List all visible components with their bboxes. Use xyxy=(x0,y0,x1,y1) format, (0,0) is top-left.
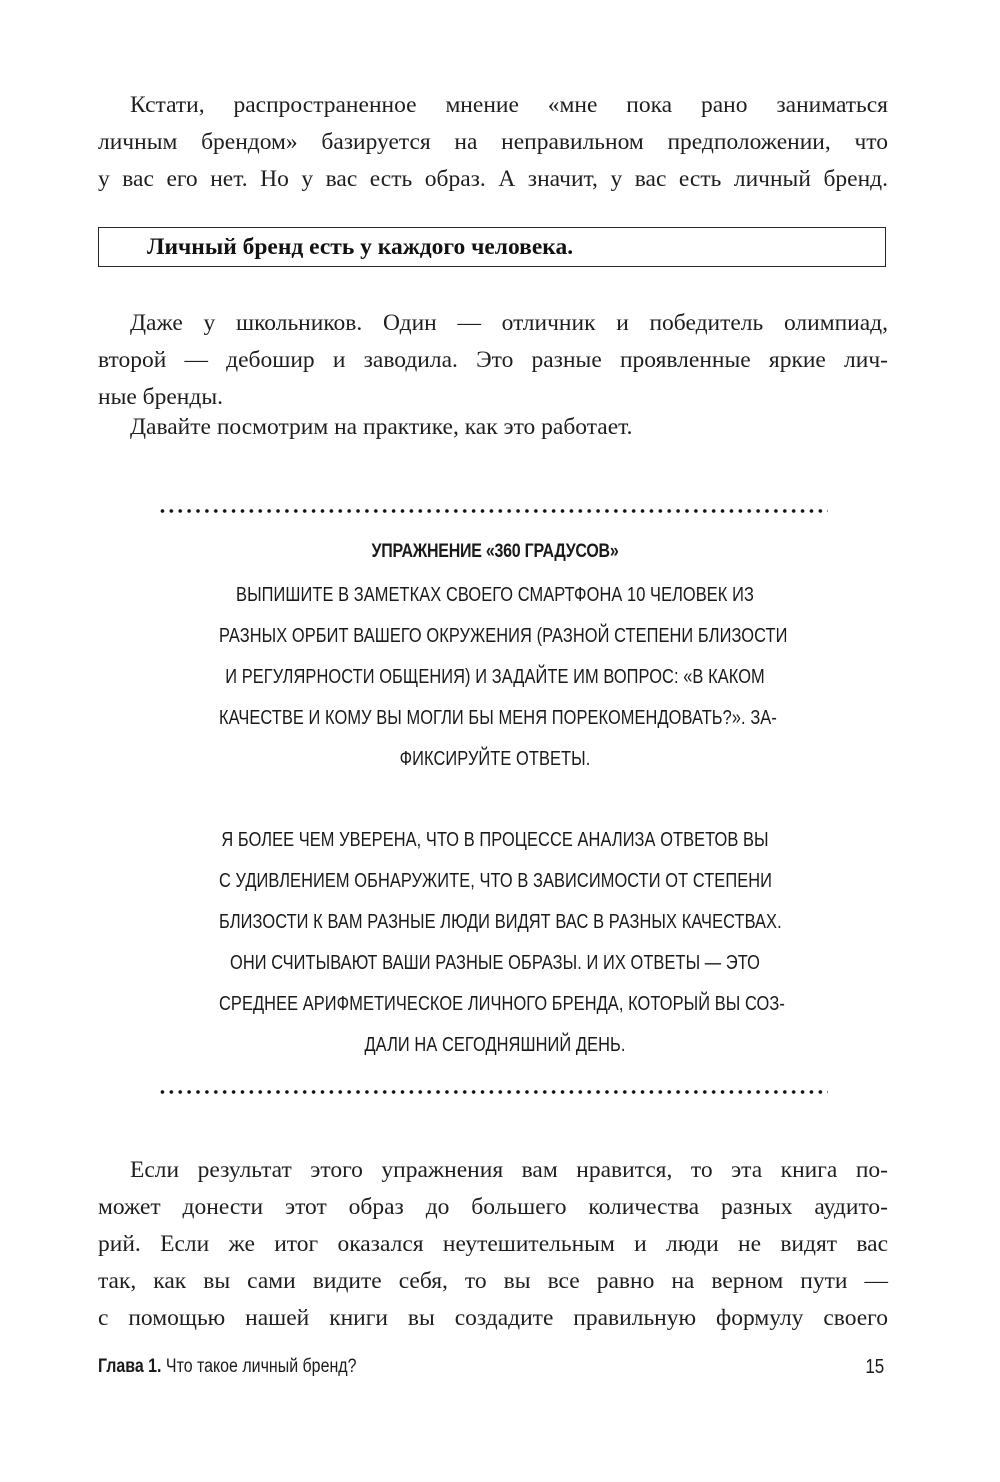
chapter-label: Глава 1. xyxy=(98,1356,166,1377)
text-line: Даже у школьников. Один — отличник и поб… xyxy=(98,305,888,342)
dotted-divider-bottom xyxy=(158,1089,828,1095)
exercise-line: КАЧЕСТВЕ И КОМУ ВЫ МОГЛИ БЫ МЕНЯ ПОРЕКОМ… xyxy=(219,697,771,738)
text-line: так, как вы сами видите себя, то вы все … xyxy=(98,1263,888,1300)
text-line: Если результат этого упражнения вам нрав… xyxy=(98,1152,888,1189)
running-footer: Глава 1. Что такое личный бренд? xyxy=(98,1356,356,1378)
text-line: может донести этот образ до большего кол… xyxy=(98,1189,888,1226)
text-line: личным брендом» базируется на неправильн… xyxy=(98,124,888,161)
page-number: 15 xyxy=(865,1356,884,1379)
dotted-divider-top xyxy=(158,508,828,514)
exercise-line: ВЫПИШИТЕ В ЗАМЕТКАХ СВОЕГО СМАРТФОНА 10 … xyxy=(219,574,771,615)
callout-box: Личный бренд есть у каждого человека. xyxy=(98,227,886,267)
exercise-line: ОНИ СЧИТЫВАЮТ ВАШИ РАЗНЫЕ ОБРАЗЫ. И ИХ О… xyxy=(219,942,771,983)
text-line: второй — дебошир и заводила. Это разные … xyxy=(98,342,888,379)
exercise-line: СРЕДНЕЕ АРИФМЕТИЧЕСКОЕ ЛИЧНОГО БРЕНДА, К… xyxy=(219,983,771,1024)
exercise-line: Я БОЛЕЕ ЧЕМ УВЕРЕНА, ЧТО В ПРОЦЕССЕ АНАЛ… xyxy=(219,819,771,860)
chapter-title: Что такое личный бренд? xyxy=(166,1356,357,1377)
exercise-line: И РЕГУЛЯРНОСТИ ОБЩЕНИЯ) И ЗАДАЙТЕ ИМ ВОП… xyxy=(219,656,771,697)
text-line: у вас его нет. Но у вас есть образ. А зн… xyxy=(98,161,888,198)
exercise-block-2: Я БОЛЕЕ ЧЕМ УВЕРЕНА, ЧТО В ПРОЦЕССЕ АНАЛ… xyxy=(150,819,840,1065)
paragraph-2: Даже у школьников. Один — отличник и поб… xyxy=(98,305,888,416)
exercise-box: УПРАЖНЕНИЕ «360 ГРАДУСОВ» xyxy=(150,540,840,563)
exercise-line: БЛИЗОСТИ К ВАМ РАЗНЫЕ ЛЮДИ ВИДЯТ ВАС В Р… xyxy=(219,901,771,942)
exercise-block-1: ВЫПИШИТЕ В ЗАМЕТКАХ СВОЕГО СМАРТФОНА 10 … xyxy=(150,574,840,779)
exercise-line: ФИКСИРУЙТЕ ОТВЕТЫ. xyxy=(219,738,771,779)
exercise-line: РАЗНЫХ ОРБИТ ВАШЕГО ОКРУЖЕНИЯ (РАЗНОЙ СТ… xyxy=(219,615,771,656)
exercise-line: ДАЛИ НА СЕГОДНЯШНИЙ ДЕНЬ. xyxy=(219,1024,771,1065)
exercise-line: С УДИВЛЕНИЕМ ОБНАРУЖИТЕ, ЧТО В ЗАВИСИМОС… xyxy=(219,860,771,901)
text-line: Давайте посмотрим на практике, как это р… xyxy=(98,409,888,446)
paragraph-4: Если результат этого упражнения вам нрав… xyxy=(98,1152,888,1337)
book-page: Кстати, распространенное мнение «мне пок… xyxy=(0,0,1000,1482)
callout-text: Личный бренд есть у каждого человека. xyxy=(147,232,573,262)
text-line: Кстати, распространенное мнение «мне пок… xyxy=(98,87,888,124)
exercise-title: УПРАЖНЕНИЕ «360 ГРАДУСОВ» xyxy=(212,540,778,563)
paragraph-1: Кстати, распространенное мнение «мне пок… xyxy=(98,87,888,198)
paragraph-3: Давайте посмотрим на практике, как это р… xyxy=(98,409,888,446)
text-line: рий. Если же итог оказался неутешительны… xyxy=(98,1226,888,1263)
text-line: с помощью нашей книги вы создадите прави… xyxy=(98,1300,888,1337)
